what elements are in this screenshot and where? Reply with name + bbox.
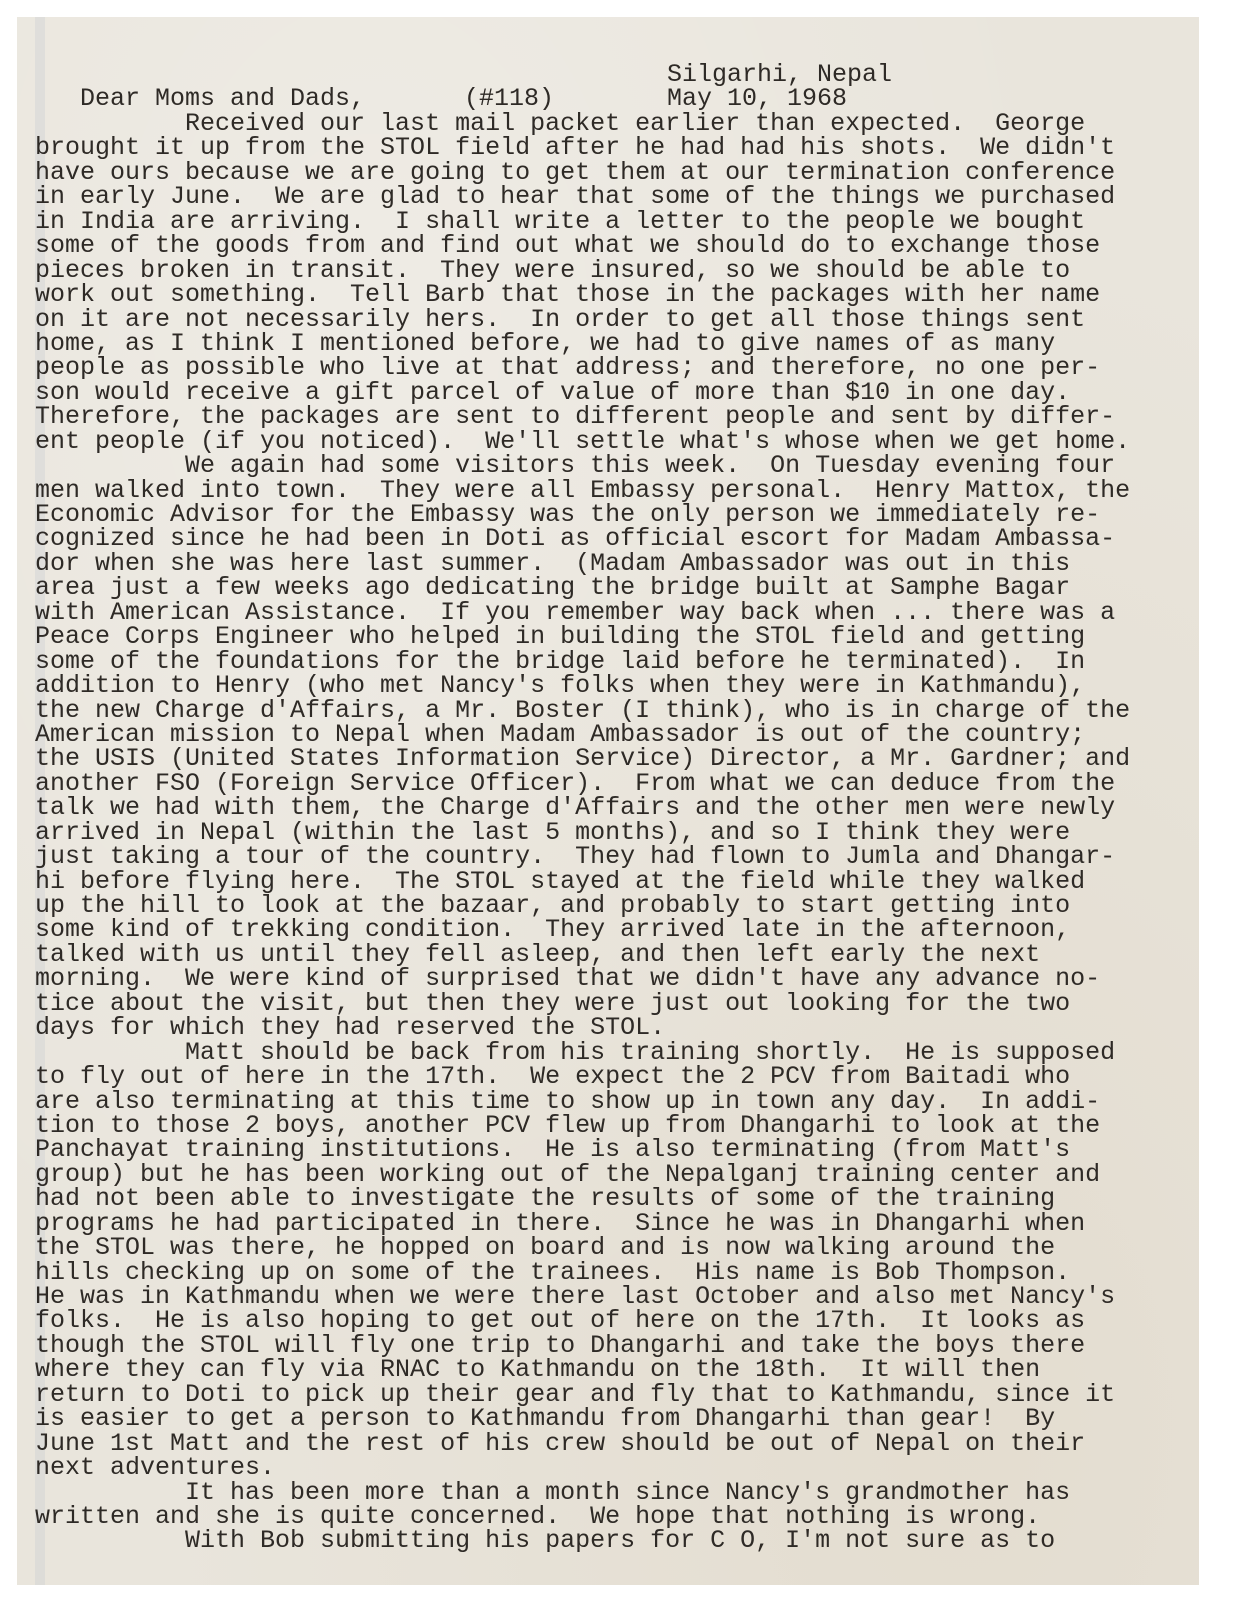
letter-line: next adventures. — [35, 1456, 1130, 1480]
letter-line: work out something. Tell Barb that those… — [35, 283, 1130, 307]
letter-number: (#118) — [464, 87, 554, 111]
letter-line: some of the goods from and find out what… — [35, 234, 1130, 258]
letter-line: to fly out of here in the 17th. We expec… — [35, 1065, 1130, 1089]
letter-salutation: Dear Moms and Dads, — [80, 87, 365, 111]
letter-date: May 10, 1968 — [667, 87, 847, 111]
letter-line: Peace Corps Engineer who helped in build… — [35, 625, 1130, 649]
letter-body: Received our last mail packet earlier th… — [35, 112, 1130, 1554]
letter-page: Silgarhi, Nepal May 10, 1968 Dear Moms a… — [17, 17, 1199, 1585]
letter-line: just taking a tour of the country. They … — [35, 845, 1130, 869]
letter-line: is easier to get a person to Kathmandu f… — [35, 1407, 1130, 1431]
letter-line: addition to Henry (who met Nancy's folks… — [35, 674, 1130, 698]
letter-line: days for which they had reserved the STO… — [35, 1016, 1130, 1040]
letter-line: We again had some visitors this week. On… — [35, 454, 1130, 478]
letter-line: With Bob submitting his papers for C O, … — [35, 1529, 1130, 1553]
letter-line: the STOL was there, he hopped on board a… — [35, 1236, 1130, 1260]
